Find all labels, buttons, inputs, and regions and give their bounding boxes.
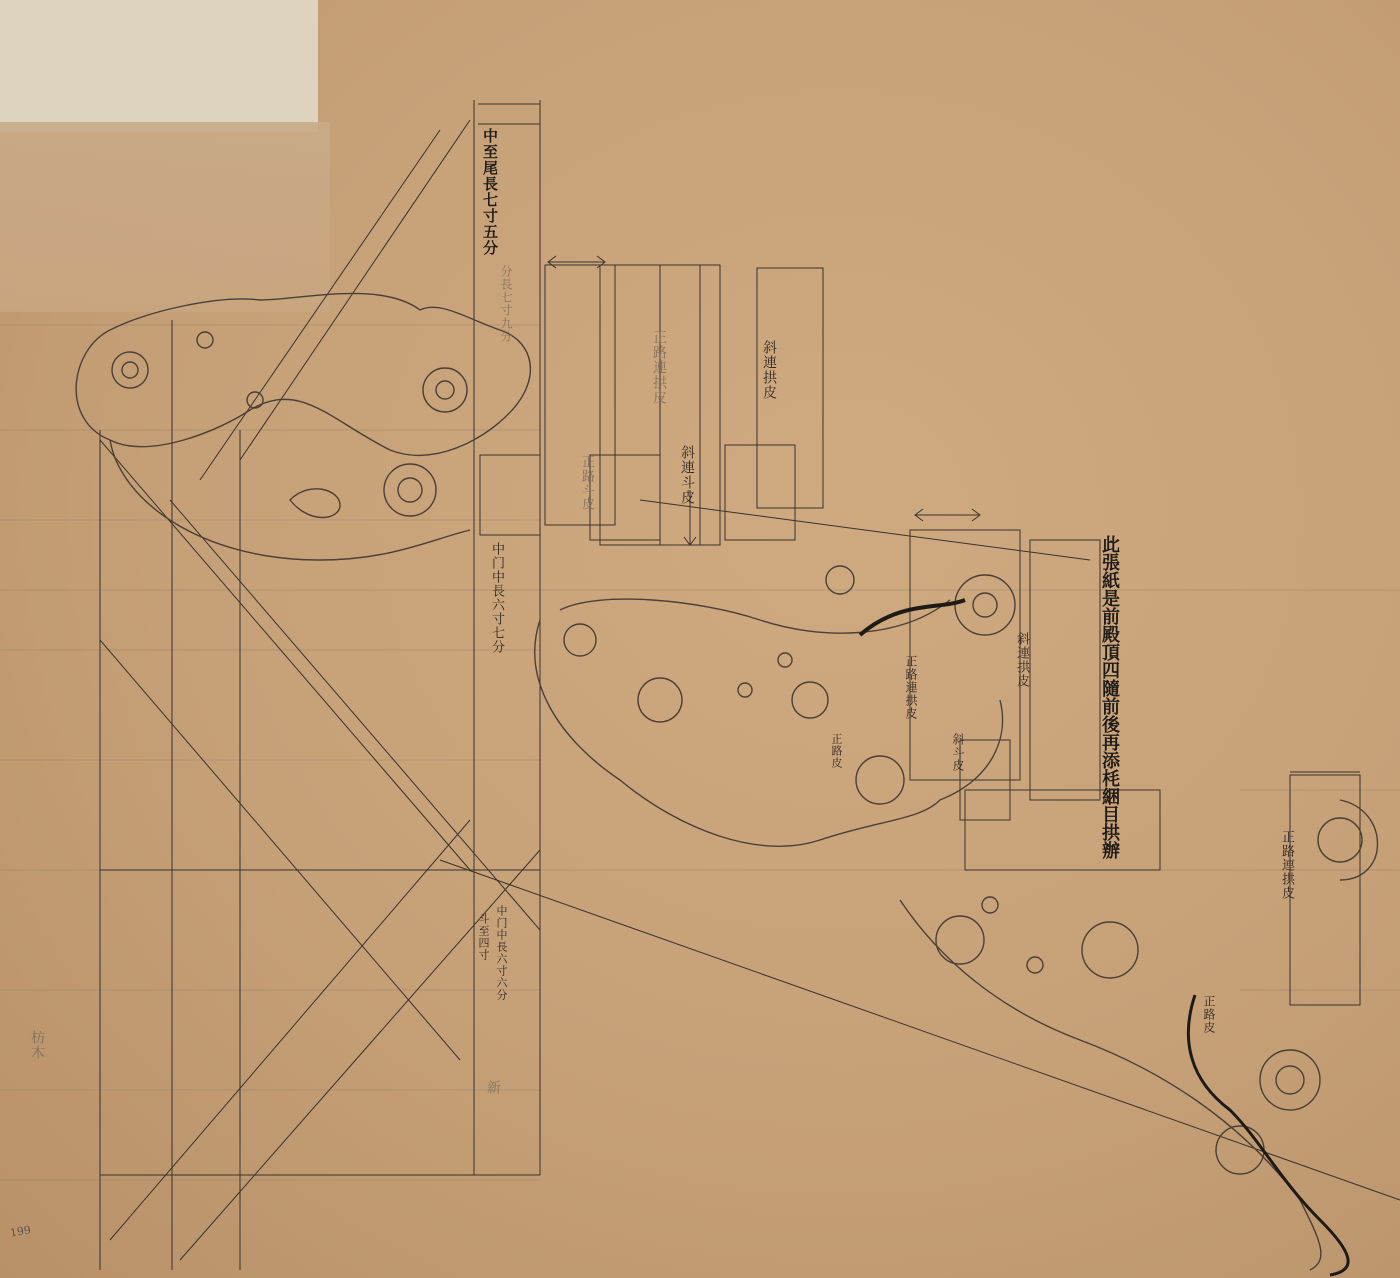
label-diagonal-dou-mid: 斜斗皮 — [952, 733, 964, 772]
main-note: 此張紙是前殿頂四隨前後再添枆綑目拱辦 — [1100, 535, 1118, 859]
dimension-label-lower-side: 斗至四寸 — [478, 913, 489, 961]
dimension-label-middle: 中门中長六寸七分 — [490, 542, 503, 654]
dimension-arrows — [548, 256, 1360, 772]
label-zheng-lu-lian-gong: 正路連拱皮 — [905, 655, 917, 720]
faint-mark: 新 — [486, 1080, 500, 1095]
label-zheng-lu-bottom: 正路皮 — [1203, 995, 1215, 1034]
dimension-label-top: 中至尾長七寸五分 — [482, 128, 497, 256]
label-zheng-lu-mid: 正路皮 — [831, 733, 842, 769]
bracket-blocks — [480, 265, 1360, 1005]
label-diagonal-bracket-top: 斜連拱皮 — [762, 340, 776, 400]
column-lines — [100, 100, 540, 1270]
label-faint-center: 正路連拱皮 — [652, 330, 666, 405]
dimension-label-lower: 中门中長六寸六分 — [496, 905, 507, 1001]
diagonal-beams — [100, 120, 1400, 1260]
dimension-label-top-sub: 分長七寸九分 — [500, 265, 512, 343]
label-zheng-lu-lian-gong-right: 正路連拱皮 — [1280, 830, 1293, 900]
label-diagonal-dou-center: 斜連斗皮 — [680, 445, 694, 505]
cloud-scroll-ornaments — [76, 293, 1377, 1275]
label-faint-left: 正路斗皮 — [580, 455, 593, 511]
bracket-drawing — [0, 0, 1400, 1278]
label-diagonal-bracket-right: 斜連拱皮 — [1015, 632, 1028, 688]
margin-note: 枋木 — [30, 1030, 44, 1060]
